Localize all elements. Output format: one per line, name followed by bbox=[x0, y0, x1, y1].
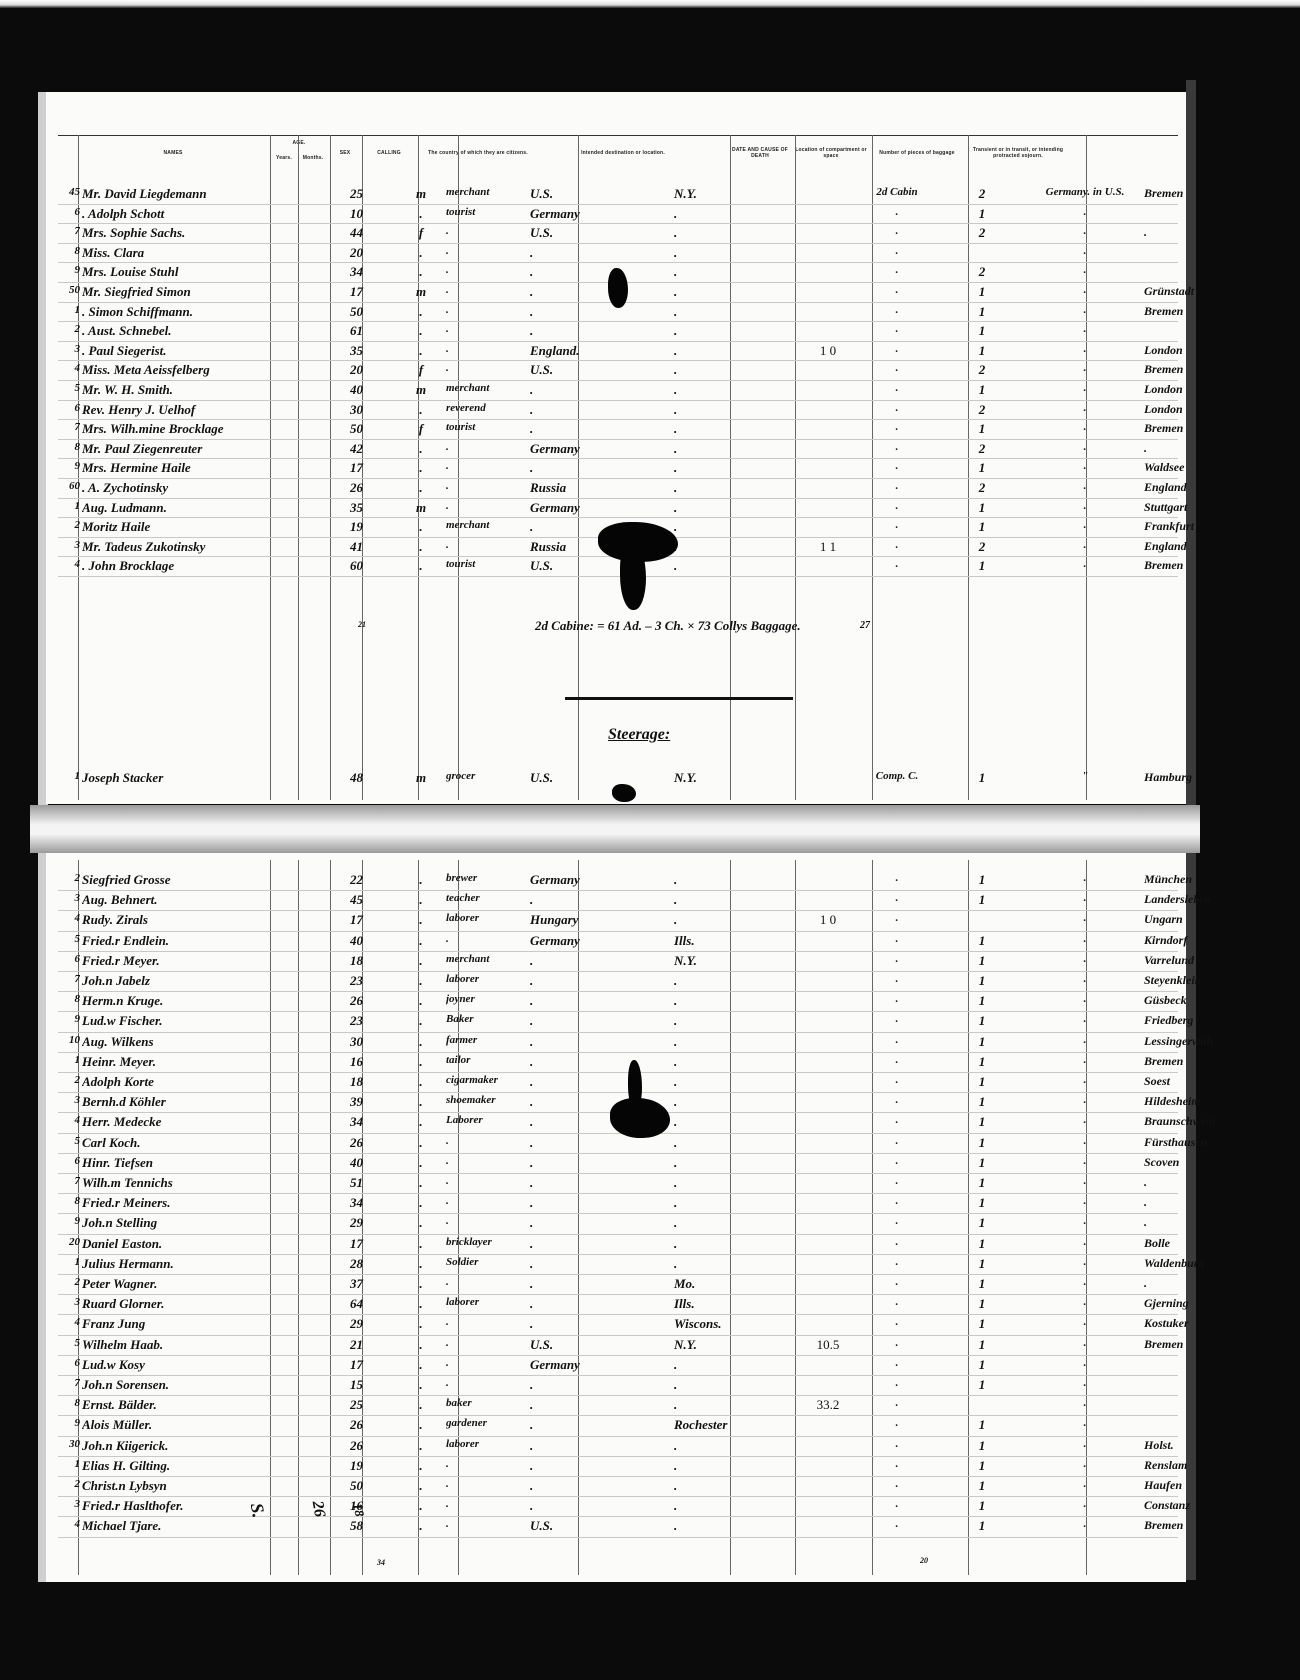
cabin-bag-total: 27 bbox=[860, 620, 870, 631]
cell-name: Bernh.d Köhler bbox=[82, 1094, 336, 1110]
cell-bags: 1 bbox=[936, 1236, 1028, 1252]
table-row: 20Daniel Easton.17.bricklayer...1.Bolle bbox=[58, 1236, 1178, 1256]
cell-citizen: . bbox=[520, 421, 640, 437]
cell-no: 7 bbox=[58, 973, 80, 985]
cell-calling: . bbox=[446, 323, 518, 335]
cell-name: . Adolph Schott bbox=[82, 206, 336, 222]
cell-citizen: . bbox=[520, 460, 640, 476]
table-row: 1Elias H. Gilting.19.....1.Renslam bbox=[58, 1458, 1178, 1478]
cell-age: 44 bbox=[350, 225, 380, 241]
cell-loc: . bbox=[860, 1438, 934, 1450]
cell-calling: . bbox=[446, 539, 518, 551]
table-row: 8Ernst. Bälder.25.baker..33.2.. bbox=[58, 1397, 1178, 1417]
cell-port: . bbox=[1144, 441, 1236, 456]
cell-transit: . bbox=[1030, 1034, 1140, 1046]
cell-port: München bbox=[1144, 872, 1236, 887]
cell-dest: . bbox=[646, 284, 814, 300]
cell-bags: 1 bbox=[936, 1417, 1028, 1433]
cell-port: Bremen bbox=[1144, 421, 1236, 436]
cell-no: 5 bbox=[58, 1135, 80, 1147]
cell-port: Varrelund bbox=[1144, 953, 1236, 968]
cell-age: 34 bbox=[350, 1114, 380, 1130]
cell-dest: . bbox=[646, 1215, 814, 1231]
cell-name: Mr. Tadeus Zukotinsky bbox=[82, 539, 336, 555]
cell-no: 2 bbox=[58, 519, 80, 531]
cell-age: 22 bbox=[350, 872, 380, 888]
cell-port: Bremen bbox=[1144, 1054, 1236, 1069]
cell-transit: " bbox=[1030, 770, 1140, 782]
cell-bags: 1 bbox=[936, 382, 1028, 398]
cell-name: Elias H. Gilting. bbox=[82, 1458, 336, 1474]
cell-age: 30 bbox=[350, 1034, 380, 1050]
cell-sex: . bbox=[406, 1054, 436, 1070]
cell-no: 2 bbox=[58, 1478, 80, 1490]
cell-bags: 1 bbox=[936, 1114, 1028, 1130]
cell-loc: . bbox=[860, 304, 934, 316]
cell-name: Wilhelm Haab. bbox=[82, 1337, 336, 1353]
cell-sex: . bbox=[406, 1417, 436, 1433]
cell-no: 8 bbox=[58, 993, 80, 1005]
cell-calling: . bbox=[446, 1155, 518, 1167]
cell-name: Fried.r Meyer. bbox=[82, 953, 336, 969]
cell-no: 10 bbox=[58, 1034, 80, 1046]
cell-loc: . bbox=[860, 1316, 934, 1328]
cell-name: Aug. Ludmann. bbox=[82, 500, 336, 516]
cell-age: 39 bbox=[350, 1094, 380, 1110]
table-row: 1Julius Hermann.28.Soldier...1.Waldenbur… bbox=[58, 1256, 1178, 1276]
cell-name: Wilh.m Tennichs bbox=[82, 1175, 336, 1191]
cell-calling: . bbox=[446, 304, 518, 316]
cell-sex: . bbox=[406, 1236, 436, 1252]
cell-age: 45 bbox=[350, 892, 380, 908]
cell-dest: . bbox=[646, 264, 814, 280]
cell-calling: laborer bbox=[446, 1438, 518, 1450]
cell-name: Mr. W. H. Smith. bbox=[82, 382, 336, 398]
cell-port: Frankfurt bbox=[1144, 519, 1236, 534]
cell-bags: 1 bbox=[936, 1175, 1028, 1191]
cell-dest: . bbox=[646, 1195, 814, 1211]
cell-age: 17 bbox=[350, 460, 380, 476]
cell-dest: Mo. bbox=[646, 1276, 814, 1292]
table-row: 3Fried.r Haslthofer.16.....1.Constanz bbox=[58, 1498, 1178, 1518]
cell-dest: . bbox=[646, 892, 814, 908]
cell-calling: Baker bbox=[446, 1013, 518, 1025]
cell-bags: 1 bbox=[936, 872, 1028, 888]
table-row: 2Peter Wagner.37...Mo..1.. bbox=[58, 1276, 1178, 1296]
cell-name: . Paul Siegerist. bbox=[82, 343, 336, 359]
cell-dest: . bbox=[646, 1175, 814, 1191]
cell-citizen: Germany bbox=[520, 933, 640, 949]
cell-bags: 1 bbox=[936, 993, 1028, 1009]
cell-age: 20 bbox=[350, 362, 380, 378]
cell-bags: 2 bbox=[936, 225, 1028, 241]
cell-name: Ernst. Bälder. bbox=[82, 1397, 336, 1413]
cell-bags: 1 bbox=[936, 1357, 1028, 1373]
cell-bags: 2 bbox=[936, 186, 1028, 202]
cell-loc: . bbox=[860, 1337, 934, 1349]
cell-dest: . bbox=[646, 1478, 814, 1494]
cell-sex: . bbox=[406, 1357, 436, 1373]
cell-sex: . bbox=[406, 1397, 436, 1413]
cell-no: 4 bbox=[58, 362, 80, 374]
table-row: 5Mr. W. H. Smith.40mmerchant...1.London bbox=[58, 382, 1178, 402]
cell-loc: . bbox=[860, 1013, 934, 1025]
cell-no: 1 bbox=[58, 1054, 80, 1066]
cell-calling: Soldier bbox=[446, 1256, 518, 1268]
cell-calling: teacher bbox=[446, 892, 518, 904]
cell-port: Braunschweig bbox=[1144, 1114, 1236, 1129]
cell-age: 23 bbox=[350, 1013, 380, 1029]
cell-dest: . bbox=[646, 558, 814, 574]
cell-transit: . bbox=[1030, 1236, 1140, 1248]
cell-name: Adolph Korte bbox=[82, 1074, 336, 1090]
scan-top-edge bbox=[0, 0, 1300, 8]
cell-port: Kostuker bbox=[1144, 1316, 1236, 1331]
cell-loc: . bbox=[860, 973, 934, 985]
cell-bags: 2 bbox=[936, 264, 1028, 280]
cell-citizen: . bbox=[520, 1296, 640, 1312]
cell-no: 1 bbox=[58, 1256, 80, 1268]
cell-sex: . bbox=[406, 1114, 436, 1130]
cell-no: 3 bbox=[58, 343, 80, 355]
cell-dest: . bbox=[646, 1114, 814, 1130]
cell-no: 4 bbox=[58, 1316, 80, 1328]
cell-citizen: England. bbox=[520, 343, 640, 359]
cell-loc: . bbox=[860, 1054, 934, 1066]
cell-name: . John Brocklage bbox=[82, 558, 336, 574]
section-divider bbox=[565, 697, 793, 700]
cell-transit: . bbox=[1030, 441, 1140, 453]
table-row: 9Lud.w Fischer.23.Baker...1.Friedberg bbox=[58, 1013, 1178, 1033]
cell-sex: . bbox=[406, 441, 436, 457]
cell-transit: . bbox=[1030, 1074, 1140, 1086]
table-row: 5Fried.r Endlein.40..GermanyIlls..1.Kirn… bbox=[58, 933, 1178, 953]
cell-loc: . bbox=[860, 1195, 934, 1207]
cell-citizen: Russia bbox=[520, 480, 640, 496]
cell-name: Joh.n Sorensen. bbox=[82, 1377, 336, 1393]
cell-age: 26 bbox=[350, 480, 380, 496]
cell-calling: . bbox=[446, 1337, 518, 1349]
cell-dest: Ills. bbox=[646, 1296, 814, 1312]
cell-name: Joseph Stacker bbox=[82, 770, 336, 786]
table-row: 6Hinr. Tiefsen40.....1.Scoven bbox=[58, 1155, 1178, 1175]
cell-port: Landersleben bbox=[1144, 892, 1236, 907]
cell-sex: . bbox=[406, 323, 436, 339]
cell-port: Bremen bbox=[1144, 186, 1236, 201]
cell-no: 1 bbox=[58, 500, 80, 512]
cell-sex: f bbox=[406, 421, 436, 437]
cell-port: Lessingerwith bbox=[1144, 1034, 1236, 1049]
cell-calling: . bbox=[446, 1175, 518, 1187]
cell-transit: . bbox=[1030, 304, 1140, 316]
cell-age: 26 bbox=[350, 1135, 380, 1151]
cell-no: 1 bbox=[58, 770, 80, 782]
cell-no: 50 bbox=[58, 284, 80, 296]
cell-loc: . bbox=[860, 872, 934, 884]
cell-loc: . bbox=[860, 1236, 934, 1248]
cell-citizen: U.S. bbox=[520, 225, 640, 241]
cell-loc: . bbox=[860, 245, 934, 257]
cell-transit: . bbox=[1030, 1094, 1140, 1106]
page-fold bbox=[30, 805, 1200, 853]
cell-sex: . bbox=[406, 912, 436, 928]
cell-loc: . bbox=[860, 558, 934, 570]
cell-calling: . bbox=[446, 1498, 518, 1510]
cell-dest: . bbox=[646, 441, 814, 457]
cell-transit: . bbox=[1030, 1458, 1140, 1470]
cell-transit: . bbox=[1030, 284, 1140, 296]
cell-no: 2 bbox=[58, 872, 80, 884]
cell-dest: Rochester bbox=[646, 1417, 814, 1433]
cell-calling: . bbox=[446, 1357, 518, 1369]
cell-loc: 2d Cabin bbox=[860, 186, 934, 198]
table-row: 9Mrs. Hermine Haile17.....1.Waldsee bbox=[58, 460, 1178, 480]
cell-sex: . bbox=[406, 343, 436, 359]
cell-citizen: . bbox=[520, 402, 640, 418]
cell-dest: . bbox=[646, 1074, 814, 1090]
cell-loc: . bbox=[860, 362, 934, 374]
cell-calling: tourist bbox=[446, 206, 518, 218]
cell-port: Kirndorf bbox=[1144, 933, 1236, 948]
table-row: 9Alois Müller.26.gardener.Rochester.1. bbox=[58, 1417, 1178, 1437]
cell-calling: tourist bbox=[446, 558, 518, 570]
cell-no: 7 bbox=[58, 225, 80, 237]
cell-citizen: . bbox=[520, 953, 640, 969]
cell-citizen: Germany bbox=[520, 206, 640, 222]
cell-port: London bbox=[1144, 402, 1236, 417]
cell-age: 25 bbox=[350, 186, 380, 202]
cell-name: Siegfried Grosse bbox=[82, 872, 336, 888]
header-age: AGE. bbox=[270, 135, 328, 151]
ink-stain bbox=[610, 1098, 670, 1138]
cell-loc: . bbox=[860, 1074, 934, 1086]
cell-dest: . bbox=[646, 1054, 814, 1070]
cell-age: 42 bbox=[350, 441, 380, 457]
header-age-years: Years. bbox=[270, 151, 298, 165]
cell-citizen: Germany bbox=[520, 1357, 640, 1373]
cell-no: 3 bbox=[58, 892, 80, 904]
cell-sex: . bbox=[406, 1276, 436, 1292]
cell-loc: . bbox=[860, 343, 934, 355]
cell-sex: . bbox=[406, 1316, 436, 1332]
table-row: 3. Paul Siegerist.35..England..1 0.1.Lon… bbox=[58, 343, 1178, 363]
cell-name: Herr. Medecke bbox=[82, 1114, 336, 1130]
cell-port: . bbox=[1144, 225, 1236, 240]
cell-port: London bbox=[1144, 343, 1236, 358]
cell-transit: . bbox=[1030, 1276, 1140, 1288]
cell-no: 9 bbox=[58, 1013, 80, 1025]
table-row: 30Joh.n Kiigerick.26.laborer...1.Holst. bbox=[58, 1438, 1178, 1458]
cell-calling: joyner bbox=[446, 993, 518, 1005]
cell-transit: . bbox=[1030, 892, 1140, 904]
cell-transit: . bbox=[1030, 953, 1140, 965]
cell-loc: . bbox=[860, 402, 934, 414]
cell-port: London bbox=[1144, 382, 1236, 397]
cell-citizen: . bbox=[520, 1397, 640, 1413]
cell-loc: . bbox=[860, 460, 934, 472]
cell-no: 6 bbox=[58, 1357, 80, 1369]
cell-death: 1 0 bbox=[798, 343, 858, 359]
table-row: 8Fried.r Meiners.34.....1.. bbox=[58, 1195, 1178, 1215]
cell-bags: 1 bbox=[936, 558, 1028, 574]
table-row: 4Michael Tjare.58..U.S...1.Bremen bbox=[58, 1518, 1178, 1538]
cell-bags: 1 bbox=[936, 1135, 1028, 1151]
cell-name: Julius Hermann. bbox=[82, 1256, 336, 1272]
cell-transit: . bbox=[1030, 1296, 1140, 1308]
cell-calling: tourist bbox=[446, 421, 518, 433]
cell-dest: N.Y. bbox=[646, 1337, 814, 1353]
cell-bags: 1 bbox=[936, 1337, 1028, 1353]
table-row: 7Joh.n Jabelz23.laborer...1.Steyenklein bbox=[58, 973, 1178, 993]
cell-transit: . bbox=[1030, 1054, 1140, 1066]
cell-dest: . bbox=[646, 1357, 814, 1373]
cell-citizen: . bbox=[520, 1458, 640, 1474]
cell-calling: merchant bbox=[446, 186, 518, 198]
cell-age: 26 bbox=[350, 993, 380, 1009]
cell-loc: . bbox=[860, 892, 934, 904]
cell-no: 8 bbox=[58, 245, 80, 257]
cell-dest: . bbox=[646, 480, 814, 496]
cell-loc: . bbox=[860, 500, 934, 512]
cell-dest: . bbox=[646, 362, 814, 378]
cell-dest: . bbox=[646, 1438, 814, 1454]
cell-loc: . bbox=[860, 953, 934, 965]
cell-loc: . bbox=[860, 1498, 934, 1510]
cell-bags: 1 bbox=[936, 206, 1028, 222]
cell-port: Renslam bbox=[1144, 1458, 1236, 1473]
cell-no: 45 bbox=[58, 186, 80, 198]
cell-bags: 1 bbox=[936, 1458, 1028, 1474]
cell-no: 8 bbox=[58, 1195, 80, 1207]
cell-name: Alois Müller. bbox=[82, 1417, 336, 1433]
cell-no: 9 bbox=[58, 1215, 80, 1227]
cell-calling: farmer bbox=[446, 1034, 518, 1046]
cell-port: Hamburg bbox=[1144, 770, 1236, 785]
cell-sex: . bbox=[406, 973, 436, 989]
cell-no: 2 bbox=[58, 323, 80, 335]
header-transient: Transient or in transit, or intending pr… bbox=[966, 135, 1070, 171]
cell-transit: . bbox=[1030, 245, 1140, 257]
cell-dest: . bbox=[646, 1236, 814, 1252]
cell-transit: . bbox=[1030, 500, 1140, 512]
cell-age: 28 bbox=[350, 1256, 380, 1272]
cell-transit: . bbox=[1030, 362, 1140, 374]
steerage-title: Steerage: bbox=[608, 726, 670, 744]
header-baggage: Number of pieces of baggage bbox=[872, 135, 962, 171]
cell-bags: 1 bbox=[936, 304, 1028, 320]
cell-no: 1 bbox=[58, 1458, 80, 1470]
cell-citizen: U.S. bbox=[520, 186, 640, 202]
cell-transit: . bbox=[1030, 1397, 1140, 1409]
cell-transit: . bbox=[1030, 421, 1140, 433]
cell-loc: . bbox=[860, 1094, 934, 1106]
cell-dest: . bbox=[646, 1377, 814, 1393]
cell-sex: . bbox=[406, 1438, 436, 1454]
table-row: 6. Adolph Schott10.touristGermany..1. bbox=[58, 206, 1178, 226]
cell-no: 8 bbox=[58, 441, 80, 453]
cell-port: Constanz bbox=[1144, 1498, 1236, 1513]
table-row: 4Miss. Meta Aeissfelberg20f.U.S...2.Brem… bbox=[58, 362, 1178, 382]
cell-bags: 2 bbox=[936, 539, 1028, 555]
cell-sex: . bbox=[406, 1296, 436, 1312]
cell-loc: . bbox=[860, 1256, 934, 1268]
cell-sex: . bbox=[406, 1256, 436, 1272]
cell-age: 17 bbox=[350, 1236, 380, 1252]
cell-bags: 1 bbox=[936, 1438, 1028, 1454]
cell-no: 20 bbox=[58, 1236, 80, 1248]
cell-transit: . bbox=[1030, 1175, 1140, 1187]
cell-bags: 1 bbox=[936, 1498, 1028, 1514]
cell-bags: 1 bbox=[936, 323, 1028, 339]
cell-calling: . bbox=[446, 1135, 518, 1147]
cell-calling: reverend bbox=[446, 402, 518, 414]
cell-dest: . bbox=[646, 1094, 814, 1110]
cell-dest: . bbox=[646, 912, 814, 928]
cell-citizen: Germany bbox=[520, 872, 640, 888]
cell-age: 40 bbox=[350, 382, 380, 398]
cell-no: 1 bbox=[58, 304, 80, 316]
cell-calling: . bbox=[446, 245, 518, 257]
cell-loc: . bbox=[860, 323, 934, 335]
cell-bags: 1 bbox=[936, 1094, 1028, 1110]
cell-age: 21 bbox=[350, 1337, 380, 1353]
cell-port: Bremen bbox=[1144, 1337, 1236, 1352]
cell-calling: laborer bbox=[446, 912, 518, 924]
cell-bags: 1 bbox=[936, 1518, 1028, 1534]
cell-no: 2 bbox=[58, 1276, 80, 1288]
cell-sex: m bbox=[406, 284, 436, 300]
cell-no: 30 bbox=[58, 1438, 80, 1450]
cell-age: 34 bbox=[350, 264, 380, 280]
cell-transit: . bbox=[1030, 519, 1140, 531]
header-country: The country of which they are citizens. bbox=[418, 135, 538, 171]
cell-loc: . bbox=[860, 1397, 934, 1409]
cell-calling: baker bbox=[446, 1397, 518, 1409]
cell-citizen: . bbox=[520, 1377, 640, 1393]
cell-name: Joh.n Jabelz bbox=[82, 973, 336, 989]
cell-transit: . bbox=[1030, 1478, 1140, 1490]
cell-age: 50 bbox=[350, 421, 380, 437]
cell-calling: . bbox=[446, 284, 518, 296]
cell-name: Joh.n Stelling bbox=[82, 1215, 336, 1231]
cell-port: Bolle bbox=[1144, 1236, 1236, 1251]
cell-loc: . bbox=[860, 1215, 934, 1227]
cell-bags: 1 bbox=[936, 343, 1028, 359]
cell-no: 5 bbox=[58, 1337, 80, 1349]
cell-loc: . bbox=[860, 1377, 934, 1389]
cell-transit: . bbox=[1030, 912, 1140, 924]
cell-dest: N.Y. bbox=[646, 953, 814, 969]
cell-port: Stuttgart bbox=[1144, 500, 1236, 515]
cell-citizen: . bbox=[520, 1498, 640, 1514]
cell-transit: . bbox=[1030, 1417, 1140, 1429]
cell-transit: . bbox=[1030, 1114, 1140, 1126]
cell-port: Steyenklein bbox=[1144, 973, 1236, 988]
cell-sex: . bbox=[406, 953, 436, 969]
table-row: 8Miss. Clara20...... bbox=[58, 245, 1178, 265]
cell-name: Hinr. Tiefsen bbox=[82, 1155, 336, 1171]
cell-sex: . bbox=[406, 245, 436, 261]
cell-calling: shoemaker bbox=[446, 1094, 518, 1106]
cell-transit: . bbox=[1030, 1195, 1140, 1207]
cell-calling: bricklayer bbox=[446, 1236, 518, 1248]
cell-dest: . bbox=[646, 343, 814, 359]
margin-mark-3: 18 bbox=[349, 1502, 367, 1518]
cell-calling: . bbox=[446, 1195, 518, 1207]
cell-port: Fürsthausen bbox=[1144, 1135, 1236, 1150]
cell-transit: . bbox=[1030, 1316, 1140, 1328]
cell-sex: . bbox=[406, 892, 436, 908]
